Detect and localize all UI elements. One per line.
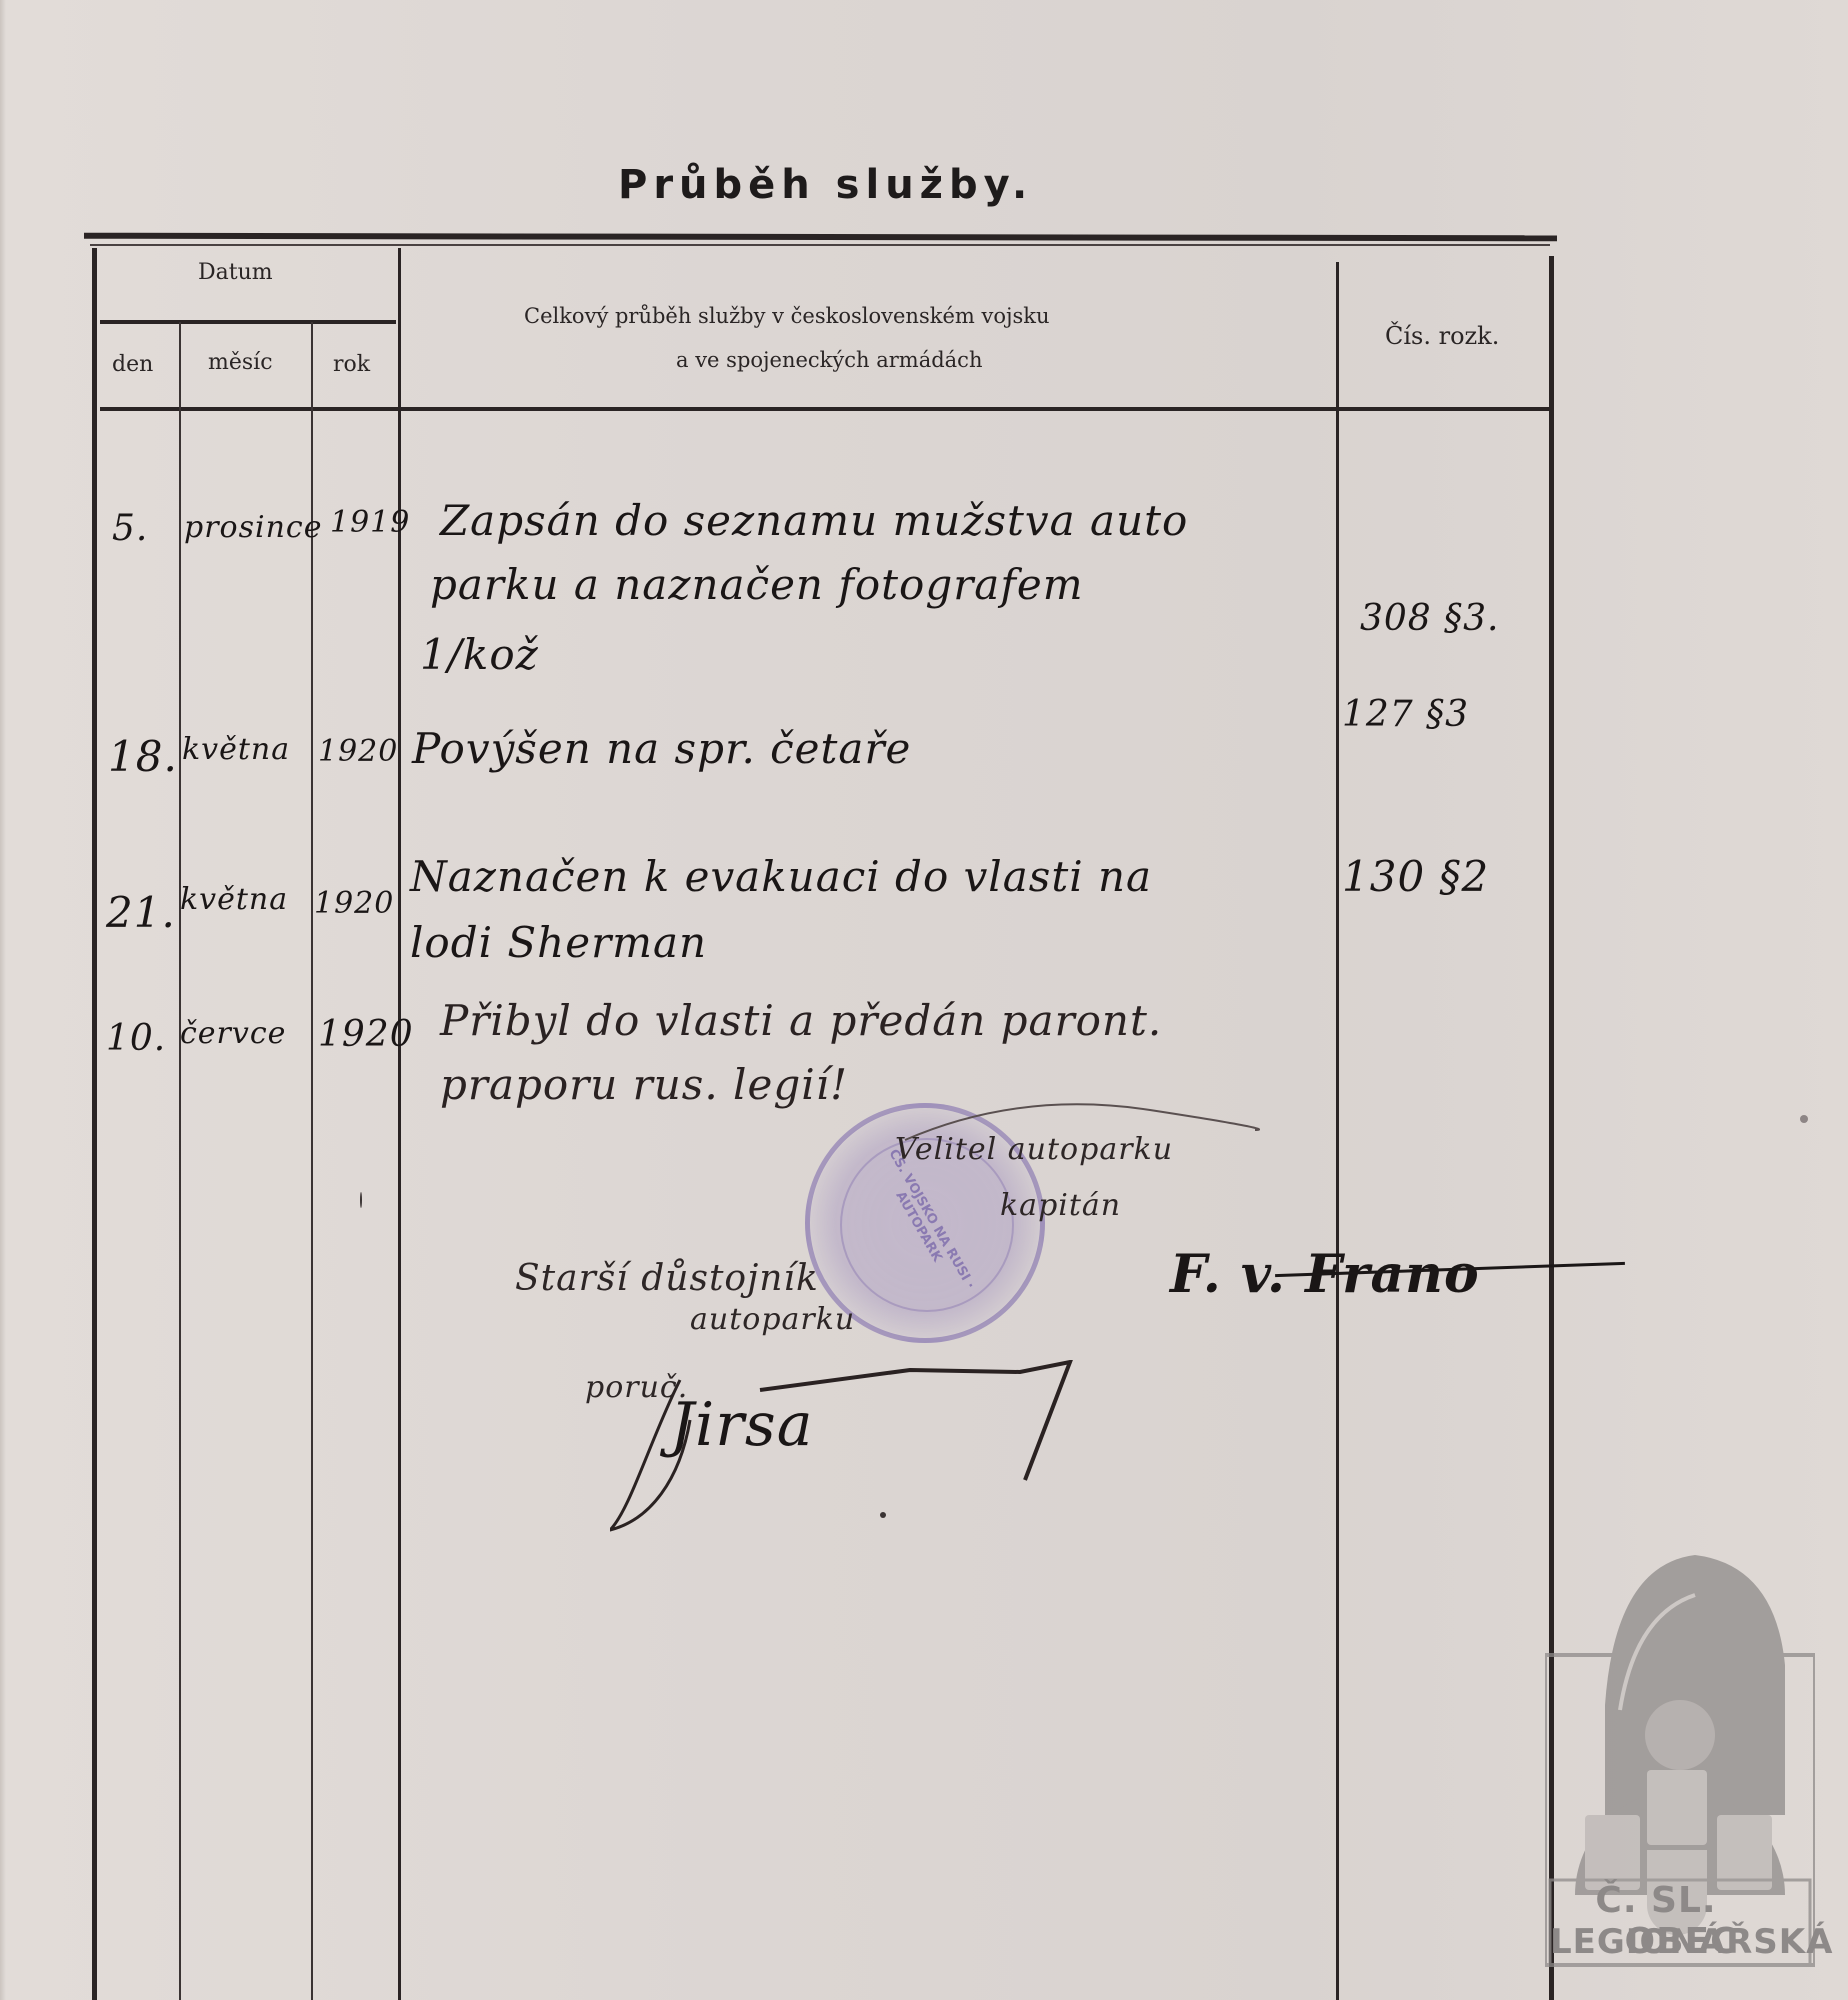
datum-divider: [100, 320, 396, 324]
dust-speck: [1800, 1115, 1808, 1123]
header-order-number: Čís. rozk.: [1385, 322, 1499, 350]
entry-year: 1920: [318, 734, 398, 769]
entry-day: 21.: [106, 888, 176, 937]
header-description-line1: Celkový průběh služby v československém …: [524, 304, 1050, 328]
description-order-divider: [1336, 262, 1339, 2000]
entry-order-number: 130 §2: [1342, 852, 1489, 901]
officer-unit: autoparku: [690, 1302, 855, 1337]
table-top-rule-secondary: [90, 244, 1550, 246]
entry-month: května: [180, 882, 288, 917]
month-year-divider: [311, 322, 313, 2000]
entry-text-line: Zapsán do seznamu mužstva auto: [440, 496, 1188, 545]
entry-month: červce: [180, 1016, 286, 1051]
header-datum: Datum: [198, 260, 273, 285]
entry-month: května: [182, 732, 290, 767]
entry-text-line: praporu rus. legií!: [440, 1060, 848, 1109]
page-edge: [0, 0, 6, 2000]
officer-title: Starší důstojník: [515, 1258, 819, 1299]
entry-text-line: Naznačen k evakuaci do vlasti na: [410, 852, 1152, 901]
table-top-rule: [84, 233, 1557, 242]
entry-year: 1920: [314, 886, 394, 921]
entry-day: 5.: [112, 508, 148, 549]
watermark-line2: LEGIONÁŘSKÁ: [1550, 1922, 1812, 1962]
entry-text-line: lodi Sherman: [410, 918, 707, 967]
table-left-border: [92, 248, 97, 2000]
header-day: den: [112, 352, 153, 377]
header-month: měsíc: [208, 350, 273, 375]
dust-speck: [360, 1192, 362, 1208]
commander-title: Velitel autoparku: [895, 1132, 1173, 1167]
entry-text-line: Přibyl do vlasti a předán paront.: [440, 996, 1162, 1045]
day-month-divider: [179, 322, 181, 2000]
entry-order-number: 127 §3: [1342, 694, 1469, 735]
header-description-line2: a ve spojeneckých armádách: [676, 348, 982, 372]
entry-day: 18.: [108, 732, 178, 781]
dust-speck: [880, 1512, 886, 1518]
header-year: rok: [333, 352, 370, 377]
entry-order-number: 308 §3.: [1360, 598, 1500, 639]
entry-text-line: Povýšen na spr. četaře: [412, 724, 911, 773]
entry-month: prosince: [184, 510, 322, 545]
watermark-line1-left: Č. SL.: [1595, 1880, 1716, 1921]
entry-year: 1919: [330, 505, 410, 540]
entry-text-line: 1/kož: [420, 630, 539, 679]
commander-rank: kapitán: [1000, 1188, 1121, 1223]
entry-day: 10.: [106, 1018, 166, 1059]
officer-signature-flourish: [610, 1360, 1130, 1540]
entry-text-line: parku a naznačen fotografem: [430, 560, 1084, 609]
page-title: Průběh služby.: [618, 162, 1033, 208]
entry-year: 1920: [318, 1014, 414, 1055]
